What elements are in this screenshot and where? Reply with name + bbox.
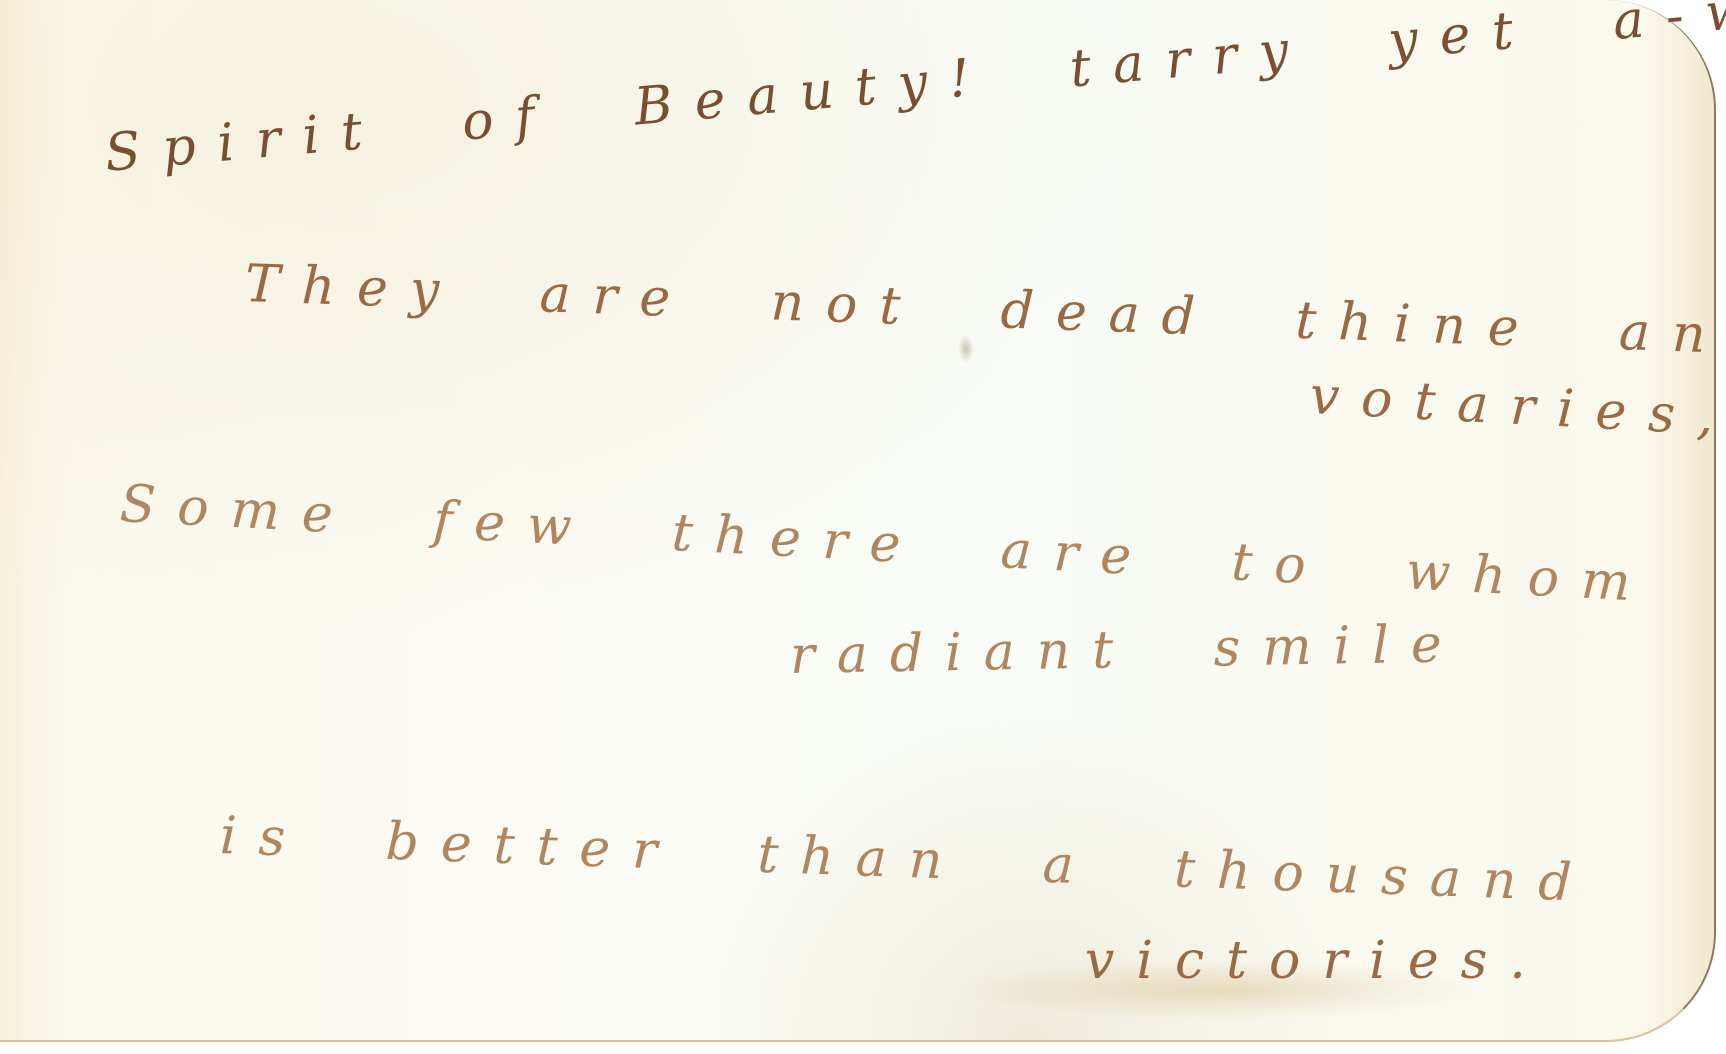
manuscript-card: Spirit of Beauty! tarry yet a-while They… [0, 0, 1716, 1042]
handwritten-line-7: victories. [1085, 935, 1548, 987]
handwritten-line-6: is better than a thousand [219, 810, 1594, 910]
handwritten-line-1: Spirit of Beauty! tarry yet a-while [103, 0, 1726, 180]
handwritten-line-5: radiant smile [790, 618, 1465, 682]
handwritten-line-2: They are not dead thine ancient [244, 258, 1726, 370]
handwritten-line-4: Some few there are to whom thy [119, 478, 1726, 622]
handwritten-line-3: votaries, [1309, 370, 1726, 444]
